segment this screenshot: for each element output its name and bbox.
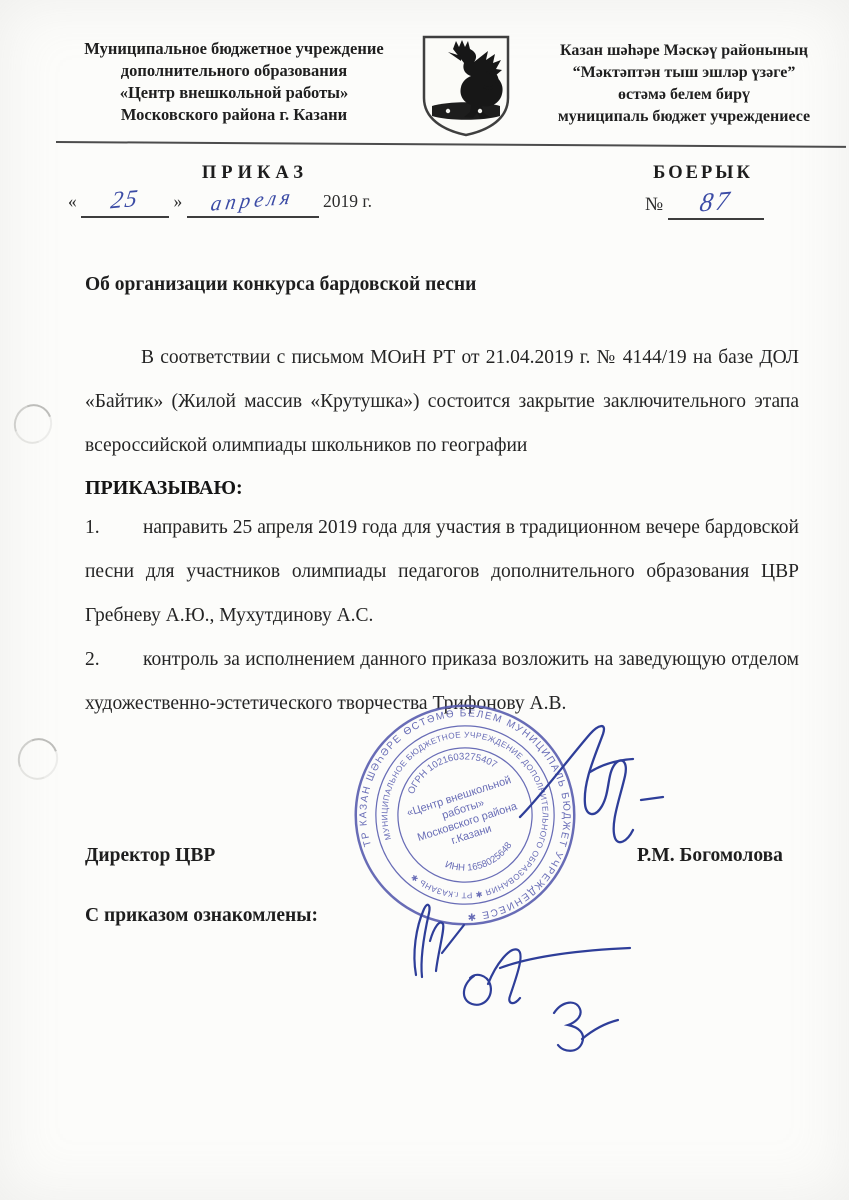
letterhead-line: муниципаль бюджет учреждениесе: [528, 106, 840, 128]
letterhead-org-tatar: Казан шәһәре Мәскәү районының “Мәктәптән…: [528, 40, 840, 128]
letterhead-line: дополнительного образования: [58, 60, 410, 82]
date-year: 2019 г.: [323, 191, 372, 211]
letterhead-line: Муниципальное бюджетное учреждение: [58, 38, 410, 60]
order-body: В соответствии с письмом МОиН РТ от 21.0…: [85, 336, 799, 726]
letterhead-org-russian: Муниципальное бюджетное учреждение допол…: [58, 38, 410, 126]
number-blank: 87: [668, 192, 764, 220]
handwritten-day: 25: [110, 189, 141, 212]
item-number: 2.: [85, 638, 143, 682]
hole-punch-mark: [8, 398, 59, 450]
resolution-word: ПРИКАЗЫВАЮ:: [85, 470, 799, 506]
letterhead-line: Московского района г. Казани: [58, 104, 410, 126]
letterhead-line: “Мәктәптән тыш эшләр үзәге”: [528, 62, 840, 84]
director-signature: [495, 712, 670, 867]
acknowledged-label: С приказом ознакомлены:: [85, 905, 318, 927]
kazan-coat-of-arms-icon: [418, 32, 514, 138]
director-post-label: Директор ЦВР: [85, 845, 215, 867]
item-text: направить 25 апреля 2019 года для участи…: [85, 517, 799, 626]
order-title-tatar: БОЕРЫК: [608, 163, 798, 184]
date-month-blank: апреля: [187, 190, 319, 218]
letterhead-separator-line: [56, 141, 846, 148]
hole-punch-mark: [11, 732, 65, 787]
letterhead-line: Казан шәһәре Мәскәү районының: [528, 40, 840, 62]
order-item-1: 1.направить 25 апреля 2019 года для учас…: [85, 506, 799, 638]
director-name: Р.М. Богомолова: [637, 845, 783, 867]
acknowledgement-signature-3: [532, 985, 632, 1060]
item-number: 1.: [85, 506, 143, 550]
order-date-line: « 25 » апреля 2019 г.: [68, 190, 372, 218]
order-title-russian: ПРИКАЗ: [150, 163, 360, 184]
handwritten-number: 87: [698, 190, 733, 213]
quote-open: «: [68, 191, 77, 211]
intro-paragraph: В соответствии с письмом МОиН РТ от 21.0…: [85, 336, 799, 468]
scanned-order-document: Муниципальное бюджетное учреждение допол…: [0, 0, 849, 1200]
order-subject: Об организации конкурса бардовской песни: [85, 274, 476, 296]
date-day-blank: 25: [81, 190, 169, 218]
letterhead-line: «Центр внешкольной работы»: [58, 82, 410, 104]
number-sign: №: [645, 194, 663, 215]
letterhead-line: өстәмә белем бирү: [528, 84, 840, 106]
handwritten-month: апреля: [210, 186, 296, 214]
quote-close: »: [174, 191, 183, 211]
order-number-line: № 87: [645, 192, 764, 220]
